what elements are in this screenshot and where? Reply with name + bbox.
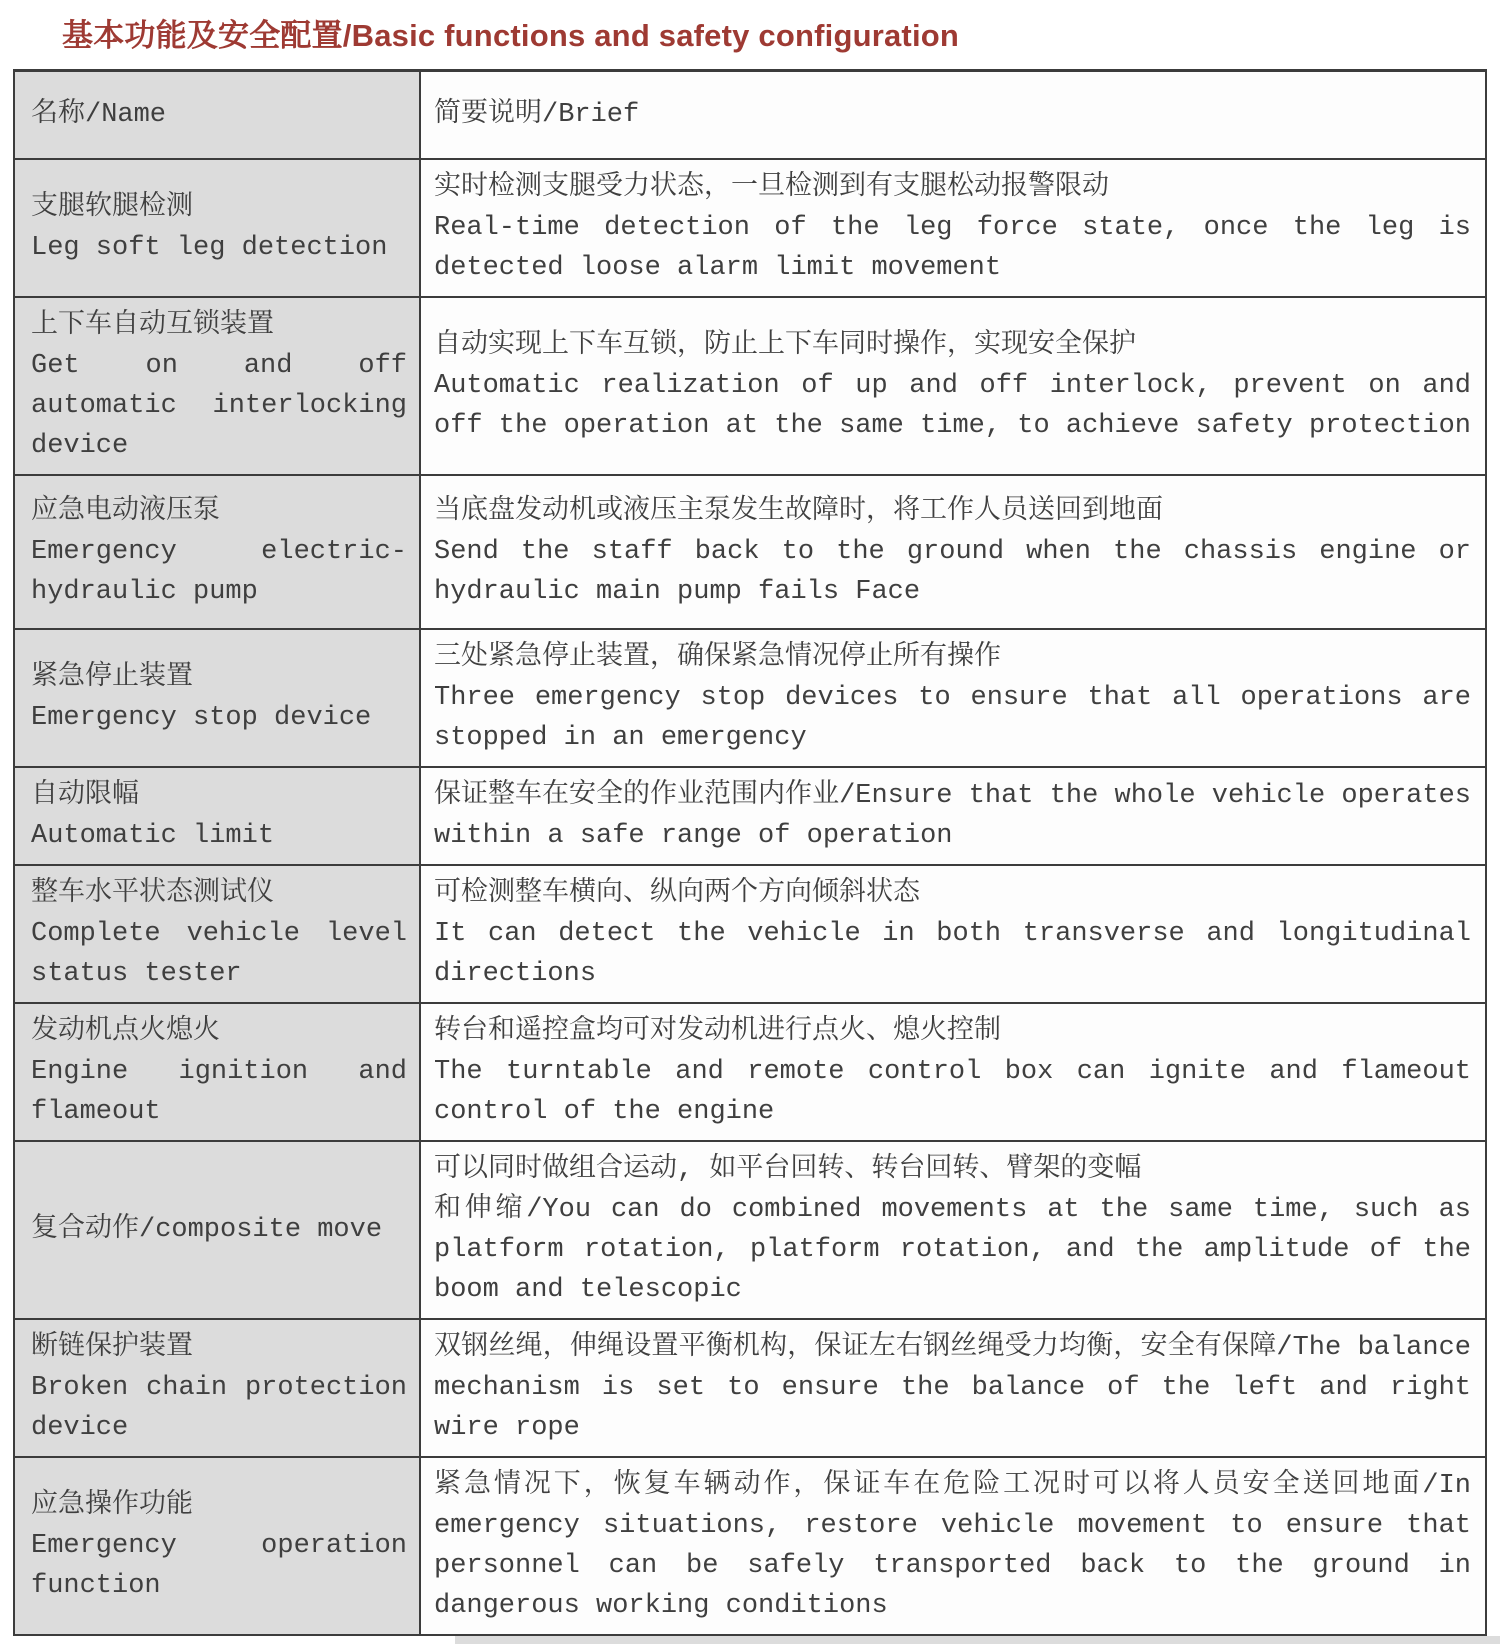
- brief-cell: 三处紧急停止装置，确保紧急情况停止所有操作 Three emergency st…: [421, 630, 1485, 766]
- name-cell: 断链保护装置 Broken chain protection device: [15, 1320, 421, 1456]
- name-zh: 应急电动液压泵: [31, 492, 407, 532]
- table-row: 断链保护装置 Broken chain protection device 双钢…: [15, 1318, 1485, 1456]
- name-zh: 应急操作功能: [31, 1486, 407, 1526]
- name-en: Engine ignition and flameout: [31, 1052, 407, 1132]
- brief-cell: 紧急情况下，恢复车辆动作，保证车在危险工况时可以将人员安全送回地面/In eme…: [421, 1458, 1485, 1634]
- brief-mixed: 保证整车在安全的作业范围内作业/Ensure that the whole ve…: [434, 776, 1471, 856]
- name-cell: 紧急停止装置 Emergency stop device: [15, 630, 421, 766]
- brief-zh: 当底盘发动机或液压主泵发生故障时，将工作人员送回到地面: [434, 492, 1471, 532]
- name-cell: 整车水平状态测试仪 Complete vehicle level status …: [15, 866, 421, 1002]
- brief-en: Automatic realization of up and off inte…: [434, 366, 1471, 446]
- name-zh: 发动机点火熄火: [31, 1012, 407, 1052]
- brief-cell: 保证整车在安全的作业范围内作业/Ensure that the whole ve…: [421, 768, 1485, 864]
- name-en: Leg soft leg detection: [31, 228, 407, 268]
- table-row: 整车水平状态测试仪 Complete vehicle level status …: [15, 864, 1485, 1002]
- brief-zh: 可检测整车横向、纵向两个方向倾斜状态: [434, 874, 1471, 914]
- brief-en: The turntable and remote control box can…: [434, 1052, 1471, 1132]
- name-en: Emergency operation function: [31, 1526, 407, 1606]
- name-en: Broken chain protection device: [31, 1368, 407, 1448]
- name-cell: 支腿软腿检测 Leg soft leg detection: [15, 160, 421, 296]
- table-row: 上下车自动互锁装置 Get on and off automatic inter…: [15, 296, 1485, 474]
- brief-en: Send the staff back to the ground when t…: [434, 532, 1471, 612]
- name-zh: 支腿软腿检测: [31, 188, 407, 228]
- brief-zh: 转台和遥控盒均可对发动机进行点火、熄火控制: [434, 1012, 1471, 1052]
- brief-mixed: 双钢丝绳，伸绳设置平衡机构，保证左右钢丝绳受力均衡，安全有保障/The bala…: [434, 1328, 1471, 1448]
- name-mixed: 复合动作/composite move: [31, 1210, 407, 1250]
- brief-en: It can detect the vehicle in both transv…: [434, 914, 1471, 994]
- table-row: 自动限幅 Automatic limit 保证整车在安全的作业范围内作业/Ens…: [15, 766, 1485, 864]
- name-zh: 自动限幅: [31, 776, 407, 816]
- name-cell: 复合动作/composite move: [15, 1142, 421, 1318]
- name-zh: 断链保护装置: [31, 1328, 407, 1368]
- brief-mixed: 和伸缩/You can do combined movements at the…: [434, 1190, 1471, 1310]
- name-en: Automatic limit: [31, 816, 407, 856]
- brief-mixed: 紧急情况下，恢复车辆动作，保证车在危险工况时可以将人员安全送回地面/In eme…: [434, 1466, 1471, 1626]
- brief-cell: 实时检测支腿受力状态，一旦检测到有支腿松动报警限动 Real-time dete…: [421, 160, 1485, 296]
- table-row: 应急操作功能 Emergency operation function 紧急情况…: [15, 1456, 1485, 1634]
- name-cell: 应急电动液压泵 Emergency electric-hydraulic pum…: [15, 476, 421, 628]
- brief-zh: 自动实现上下车互锁，防止上下车同时操作，实现安全保护: [434, 326, 1471, 366]
- name-en: Get on and off automatic interlocking de…: [31, 346, 407, 466]
- name-zh: 整车水平状态测试仪: [31, 874, 407, 914]
- brief-en: Three emergency stop devices to ensure t…: [434, 678, 1471, 758]
- brief-zh: 实时检测支腿受力状态，一旦检测到有支腿松动报警限动: [434, 168, 1471, 208]
- brief-en: Real-time detection of the leg force sta…: [434, 208, 1471, 288]
- header-brief-cell: 简要说明/Brief: [421, 72, 1485, 158]
- header-brief-label: 简要说明/Brief: [434, 95, 1471, 135]
- brief-cell: 可以同时做组合运动, 如平台回转、转台回转、臂架的变幅 和伸缩/You can …: [421, 1142, 1485, 1318]
- brief-cell: 双钢丝绳，伸绳设置平衡机构，保证左右钢丝绳受力均衡，安全有保障/The bala…: [421, 1320, 1485, 1456]
- brief-zh: 可以同时做组合运动, 如平台回转、转台回转、臂架的变幅: [434, 1150, 1471, 1190]
- name-en: Emergency electric-hydraulic pump: [31, 532, 407, 612]
- name-en: Complete vehicle level status tester: [31, 914, 407, 994]
- next-section-edge: [455, 1636, 1500, 1644]
- name-cell: 发动机点火熄火 Engine ignition and flameout: [15, 1004, 421, 1140]
- brief-cell: 自动实现上下车互锁，防止上下车同时操作，实现安全保护 Automatic rea…: [421, 298, 1485, 474]
- header-name-label: 名称/Name: [31, 95, 407, 135]
- table-row: 紧急停止装置 Emergency stop device 三处紧急停止装置，确保…: [15, 628, 1485, 766]
- functions-table: 名称/Name 简要说明/Brief 支腿软腿检测 Leg soft leg d…: [13, 69, 1487, 1636]
- brief-cell: 可检测整车横向、纵向两个方向倾斜状态 It can detect the veh…: [421, 866, 1485, 1002]
- name-cell: 自动限幅 Automatic limit: [15, 768, 421, 864]
- brief-cell: 转台和遥控盒均可对发动机进行点火、熄火控制 The turntable and …: [421, 1004, 1485, 1140]
- table-row: 复合动作/composite move 可以同时做组合运动, 如平台回转、转台回…: [15, 1140, 1485, 1318]
- name-zh: 紧急停止装置: [31, 658, 407, 698]
- name-zh: 上下车自动互锁装置: [31, 306, 407, 346]
- page-title: 基本功能及安全配置/Basic functions and safety con…: [62, 10, 1500, 55]
- header-name-cell: 名称/Name: [15, 72, 421, 158]
- table-row: 发动机点火熄火 Engine ignition and flameout 转台和…: [15, 1002, 1485, 1140]
- table-header-row: 名称/Name 简要说明/Brief: [15, 72, 1485, 158]
- table-row: 应急电动液压泵 Emergency electric-hydraulic pum…: [15, 474, 1485, 628]
- name-cell: 上下车自动互锁装置 Get on and off automatic inter…: [15, 298, 421, 474]
- brief-zh: 三处紧急停止装置，确保紧急情况停止所有操作: [434, 638, 1471, 678]
- name-cell: 应急操作功能 Emergency operation function: [15, 1458, 421, 1634]
- table-row: 支腿软腿检测 Leg soft leg detection 实时检测支腿受力状态…: [15, 158, 1485, 296]
- brief-cell: 当底盘发动机或液压主泵发生故障时，将工作人员送回到地面 Send the sta…: [421, 476, 1485, 628]
- page: { "page_title": "基本功能及安全配置/Basic functio…: [0, 0, 1500, 1644]
- name-en: Emergency stop device: [31, 698, 407, 738]
